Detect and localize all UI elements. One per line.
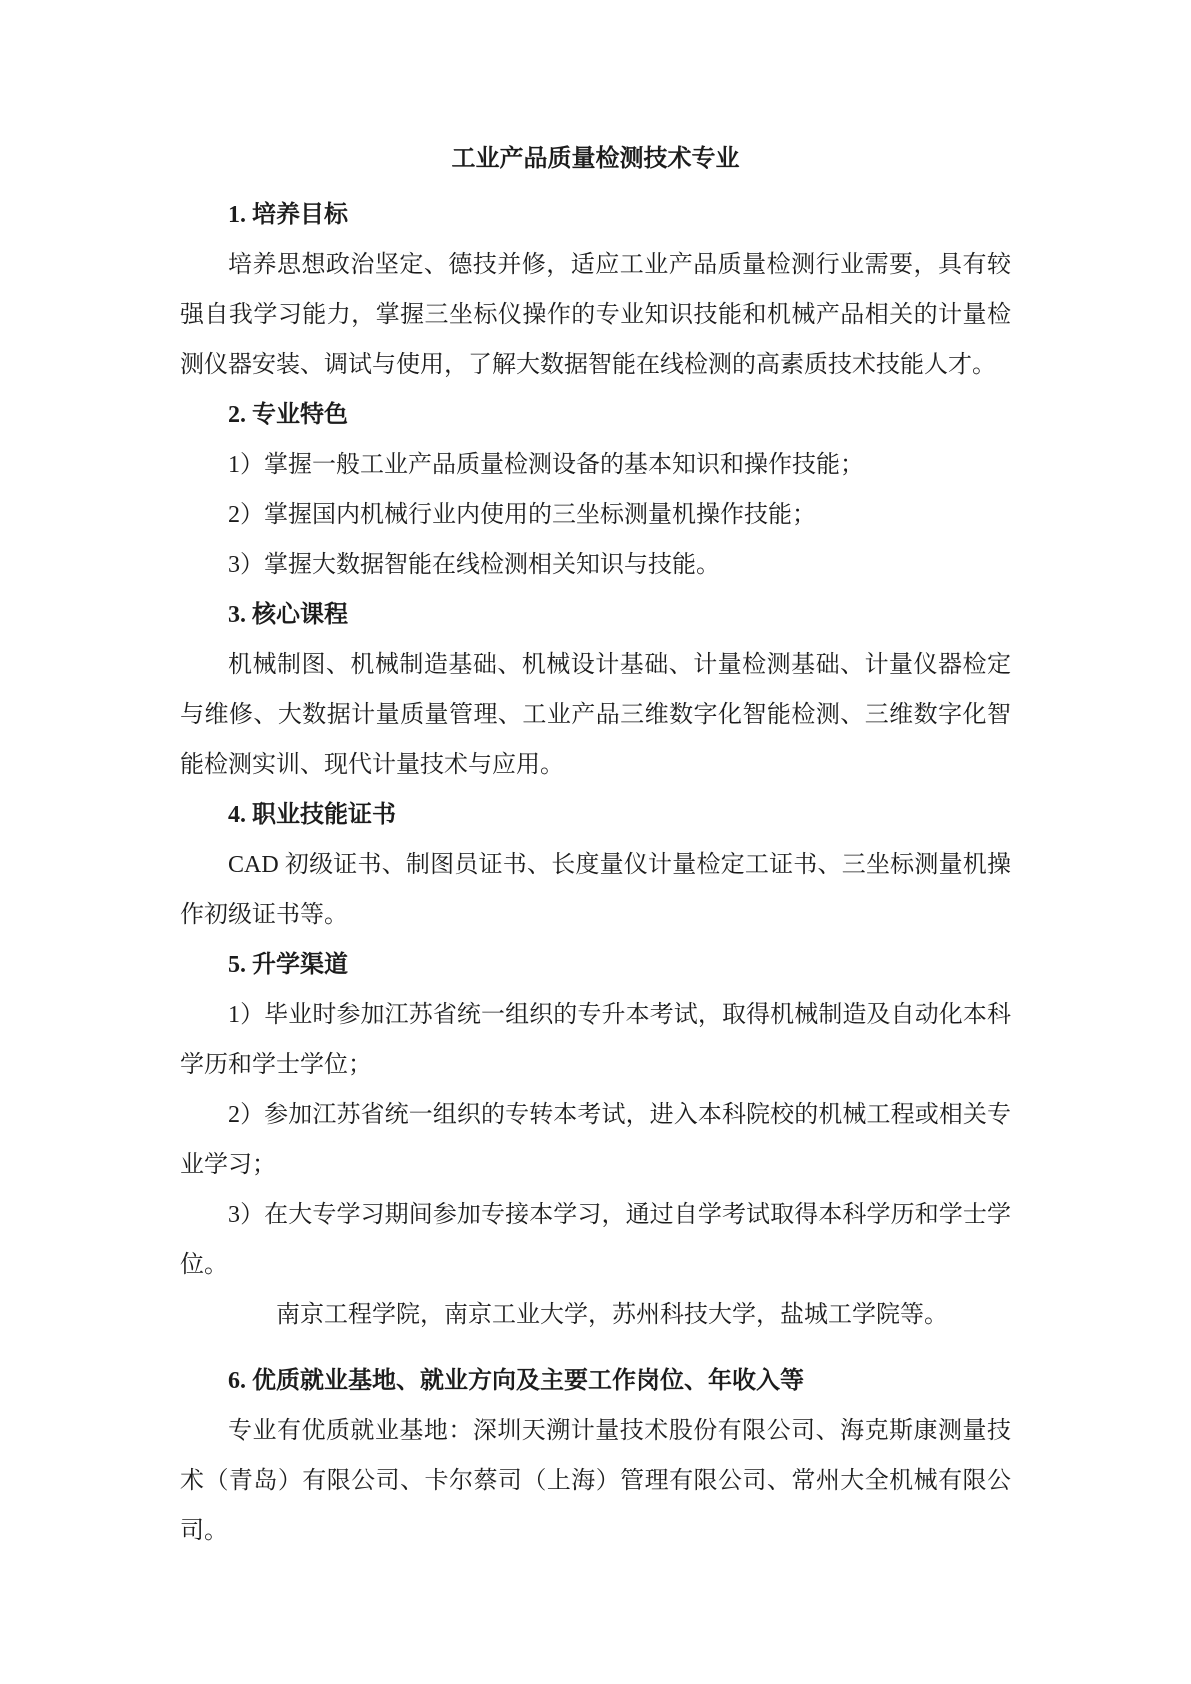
document-content: 工业产品质量检测技术专业 1. 培养目标 培养思想政治坚定、德技并修，适应工业产… xyxy=(180,134,1011,1556)
section-1-heading: 1. 培养目标 xyxy=(180,190,1011,240)
section-5-item-2: 2）参加江苏省统一组织的专转本考试，进入本科院校的机械工程或相关专业学习； xyxy=(180,1090,1011,1190)
section-6-paragraph: 专业有优质就业基地：深圳天溯计量技术股份有限公司、海克斯康测量技术（青岛）有限公… xyxy=(180,1406,1011,1556)
section-2-heading: 2. 专业特色 xyxy=(180,390,1011,440)
section-2-item-3: 3）掌握大数据智能在线检测相关知识与技能。 xyxy=(180,540,1011,590)
section-6-heading: 6. 优质就业基地、就业方向及主要工作岗位、年收入等 xyxy=(180,1356,1011,1406)
section-5-item-3: 3）在大专学习期间参加专接本学习，通过自学考试取得本科学历和学士学位。 xyxy=(180,1190,1011,1290)
section-2-item-2: 2）掌握国内机械行业内使用的三坐标测量机操作技能； xyxy=(180,490,1011,540)
section-4-paragraph: CAD 初级证书、制图员证书、长度量仪计量检定工证书、三坐标测量机操作初级证书等… xyxy=(180,840,1011,940)
section-5-heading: 5. 升学渠道 xyxy=(180,940,1011,990)
section-5-item-1: 1）毕业时参加江苏省统一组织的专升本考试，取得机械制造及自动化本科学历和学士学位… xyxy=(180,990,1011,1090)
section-1-paragraph: 培养思想政治坚定、德技并修，适应工业产品质量检测行业需要，具有较强自我学习能力，… xyxy=(180,240,1011,390)
section-3-heading: 3. 核心课程 xyxy=(180,590,1011,640)
section-5-universities-note: 南京工程学院，南京工业大学，苏州科技大学，盐城工学院等。 xyxy=(180,1290,1011,1340)
section-4-heading: 4. 职业技能证书 xyxy=(180,790,1011,840)
document-page: 工业产品质量检测技术专业 1. 培养目标 培养思想政治坚定、德技并修，适应工业产… xyxy=(0,0,1191,1684)
section-3-paragraph: 机械制图、机械制造基础、机械设计基础、计量检测基础、计量仪器检定与维修、大数据计… xyxy=(180,640,1011,790)
section-2-item-1: 1）掌握一般工业产品质量检测设备的基本知识和操作技能； xyxy=(180,440,1011,490)
page-title: 工业产品质量检测技术专业 xyxy=(180,134,1011,184)
